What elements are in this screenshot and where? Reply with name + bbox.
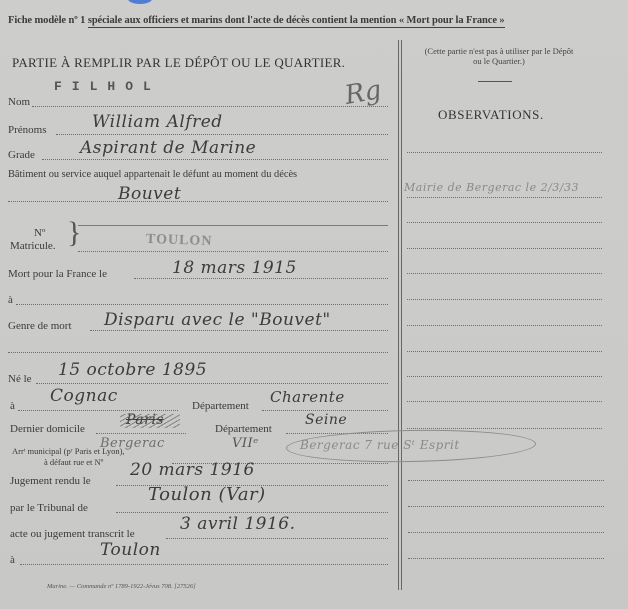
stamped-surname: FILHOL: [54, 79, 161, 94]
arr-municipal-label-2: à défaut rue et Nº: [44, 457, 103, 467]
ne-a-label: à: [10, 400, 15, 412]
form-number: Fiche modèle nº 1: [8, 15, 88, 26]
batiment-line: [8, 201, 388, 202]
tribunal-line: [116, 512, 388, 513]
obs-line-13: [408, 506, 604, 507]
grade-line: [42, 159, 388, 160]
obs-line-11: [407, 428, 602, 429]
dernier-domicile-label: Dernier domicile: [10, 423, 85, 435]
observation-pencil-note: Mairie de Bergerac le 2/3/33: [404, 181, 579, 194]
transcrit-a-value: Toulon: [100, 540, 161, 560]
right-note-rule: [478, 81, 512, 82]
genre-label: Genre de mort: [8, 320, 72, 332]
matricule-line-2: [78, 251, 388, 252]
jugement-label: Jugement rendu le: [10, 475, 91, 487]
form-description: spéciale aux officiers et marins dont l'…: [88, 15, 505, 28]
nom-label: Nom: [8, 96, 30, 108]
grade-value: Aspirant de Marine: [80, 138, 256, 158]
obs-line-5: [407, 273, 602, 274]
transcrit-label: acte ou jugement transcrit le: [10, 528, 135, 540]
matricule-label-top: Nº: [34, 227, 45, 239]
obs-line-3: [407, 222, 602, 223]
ne-departement-line: [262, 410, 388, 411]
transcrit-a-label: à: [10, 554, 15, 566]
ne-departement-label: Département: [192, 400, 249, 412]
obs-line-15: [408, 558, 604, 559]
observations-title: OBSERVATIONS.: [438, 107, 544, 123]
matricule-line-1: [78, 225, 388, 226]
obs-line-6: [407, 299, 602, 300]
prenoms-label: Prénoms: [8, 124, 47, 136]
obs-line-10: [407, 401, 602, 402]
domicile-departement-label: Département: [215, 423, 272, 435]
right-section-note: (Cette partie n'est pas à utiliser par l…: [424, 46, 574, 66]
death-record-card: Fiche modèle nº 1 spéciale aux officiers…: [0, 0, 628, 609]
obs-line-2: [407, 197, 602, 198]
ne-a-line: [18, 410, 178, 411]
genre-line: [90, 330, 388, 331]
mort-le-value: 18 mars 1915: [172, 258, 297, 278]
blue-ink-mark: [128, 0, 152, 4]
obs-line-12: [408, 480, 604, 481]
dernier-domicile-line: [96, 433, 186, 434]
batiment-label: Bâtiment ou service auquel appartenait l…: [8, 169, 297, 180]
matricule-bracket: }: [67, 218, 81, 248]
strike-through-scribble: [120, 414, 180, 428]
ne-le-label: Né le: [8, 373, 32, 385]
ne-departement-value: Charente: [270, 388, 345, 406]
prenoms-line: [56, 134, 388, 135]
arr-number-value: VIIᵉ: [232, 436, 259, 451]
grade-label: Grade: [8, 149, 35, 161]
ne-le-line: [36, 383, 388, 384]
genre-line-2: [8, 352, 388, 353]
obs-line-9: [407, 376, 602, 377]
nom-line: [32, 106, 388, 107]
obs-line-7: [407, 325, 602, 326]
mort-a-label: à: [8, 294, 13, 306]
left-section-title: PARTIE À REMPLIR PAR LE DÉPÔT OU LE QUAR…: [12, 55, 345, 71]
transcrit-a-line: [20, 564, 388, 565]
obs-line-1: [407, 152, 602, 153]
matricule-label: Matricule.: [10, 240, 56, 252]
prenoms-value: William Alfred: [92, 112, 223, 132]
tribunal-value: Toulon (Var): [148, 484, 266, 505]
domicile-departement-value: Seine: [305, 412, 347, 428]
toulon-stamp: TOULON: [146, 232, 213, 250]
obs-line-14: [408, 532, 604, 533]
transcrit-line: [166, 538, 388, 539]
circled-address-note: Bergerac 7 rue Sᵗ Esprit: [300, 438, 460, 452]
ne-le-value: 15 octobre 1895: [58, 360, 207, 380]
obs-line-8: [407, 351, 602, 352]
mort-le-label: Mort pour la France le: [8, 268, 107, 280]
mort-le-line: [134, 278, 388, 279]
arr-municipal-value: Bergerac: [100, 436, 165, 451]
printer-footer: Marine. — Commande nº 1789-1922-Jévus 70…: [47, 583, 196, 590]
obs-line-4: [407, 248, 602, 249]
tribunal-label: par le Tribunal de: [10, 502, 88, 514]
mort-a-line: [16, 304, 388, 305]
ne-a-value: Cognac: [50, 386, 118, 406]
transcrit-value: 3 avril 1916.: [180, 514, 296, 534]
form-header: Fiche modèle nº 1 spéciale aux officiers…: [8, 15, 505, 26]
column-divider: [398, 40, 402, 590]
genre-value: Disparu avec le "Bouvet": [104, 310, 331, 330]
jugement-value: 20 mars 1916: [130, 460, 255, 480]
